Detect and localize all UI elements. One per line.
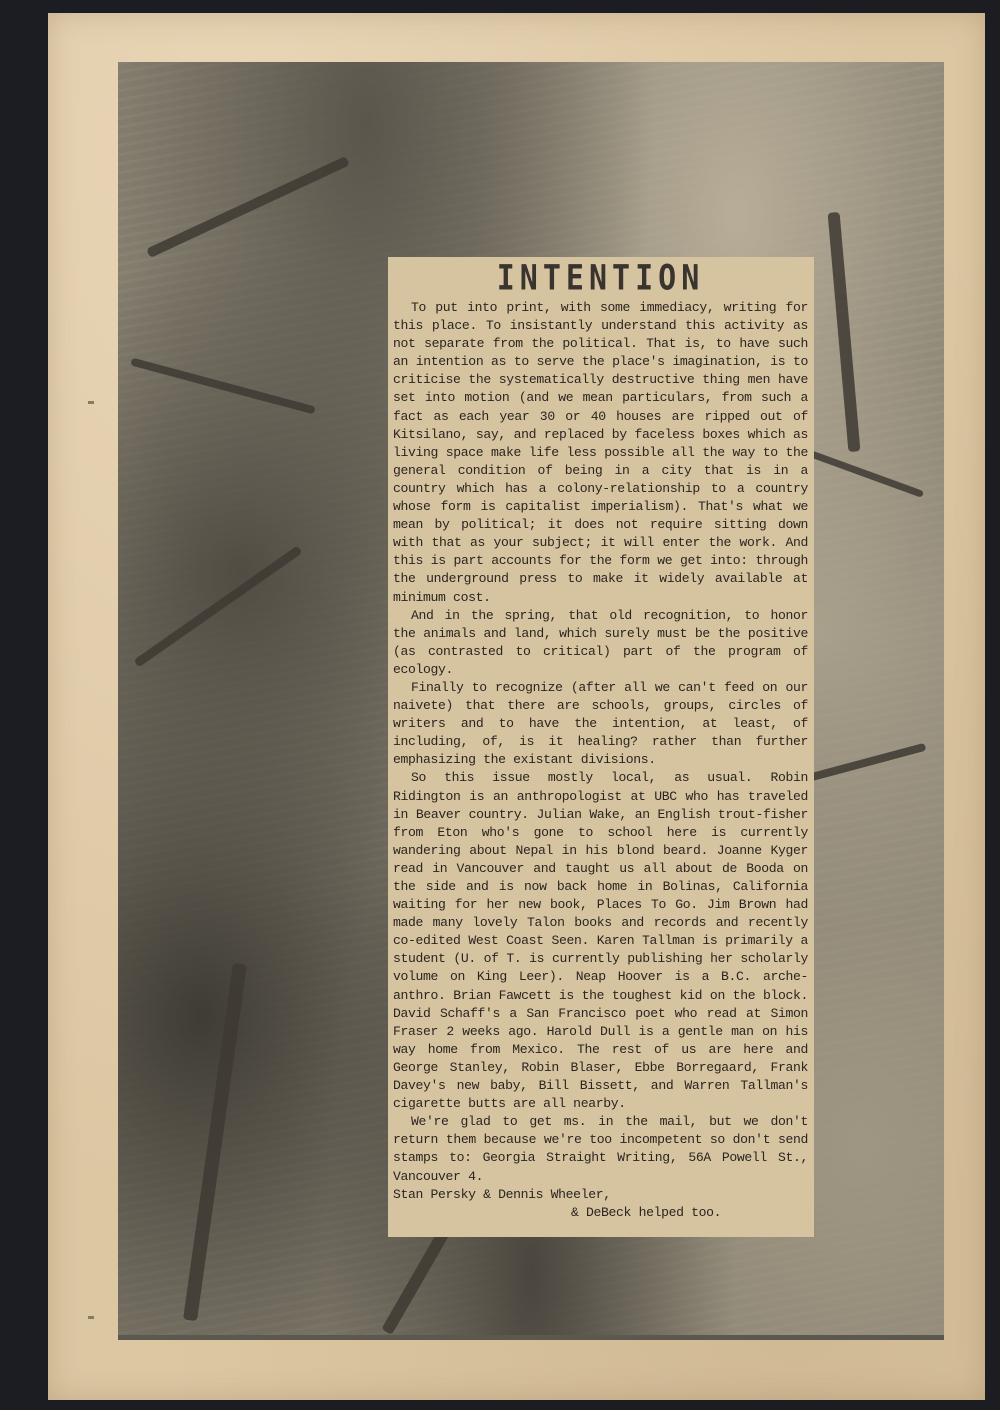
- article-paragraph: Finally to recognize (after all we can't…: [393, 679, 808, 769]
- background-photo-trees-water: INTENTION To put into print, with some i…: [118, 62, 944, 1340]
- article-paragraph: To put into print, with some immediacy, …: [393, 299, 808, 607]
- signature-editors: Stan Persky & Dennis Wheeler,: [393, 1186, 808, 1204]
- tree-trunk: [183, 963, 247, 1321]
- tree-branch: [130, 358, 316, 415]
- tree-branch: [134, 545, 303, 667]
- article-paragraph: We're glad to get ms. in the mail, but w…: [393, 1113, 808, 1185]
- newspaper-page: INTENTION To put into print, with some i…: [48, 13, 985, 1400]
- tree-trunk: [828, 212, 861, 452]
- signature-credit: & DeBeck helped too.: [393, 1204, 808, 1222]
- article-paragraph: And in the spring, that old recognition,…: [393, 607, 808, 679]
- print-mark: [88, 1316, 94, 1319]
- article-title: INTENTION: [393, 258, 808, 298]
- intention-article: INTENTION To put into print, with some i…: [388, 257, 814, 1237]
- article-paragraph: So this issue mostly local, as usual. Ro…: [393, 769, 808, 1113]
- print-mark: [88, 401, 94, 404]
- tree-branch: [146, 156, 350, 258]
